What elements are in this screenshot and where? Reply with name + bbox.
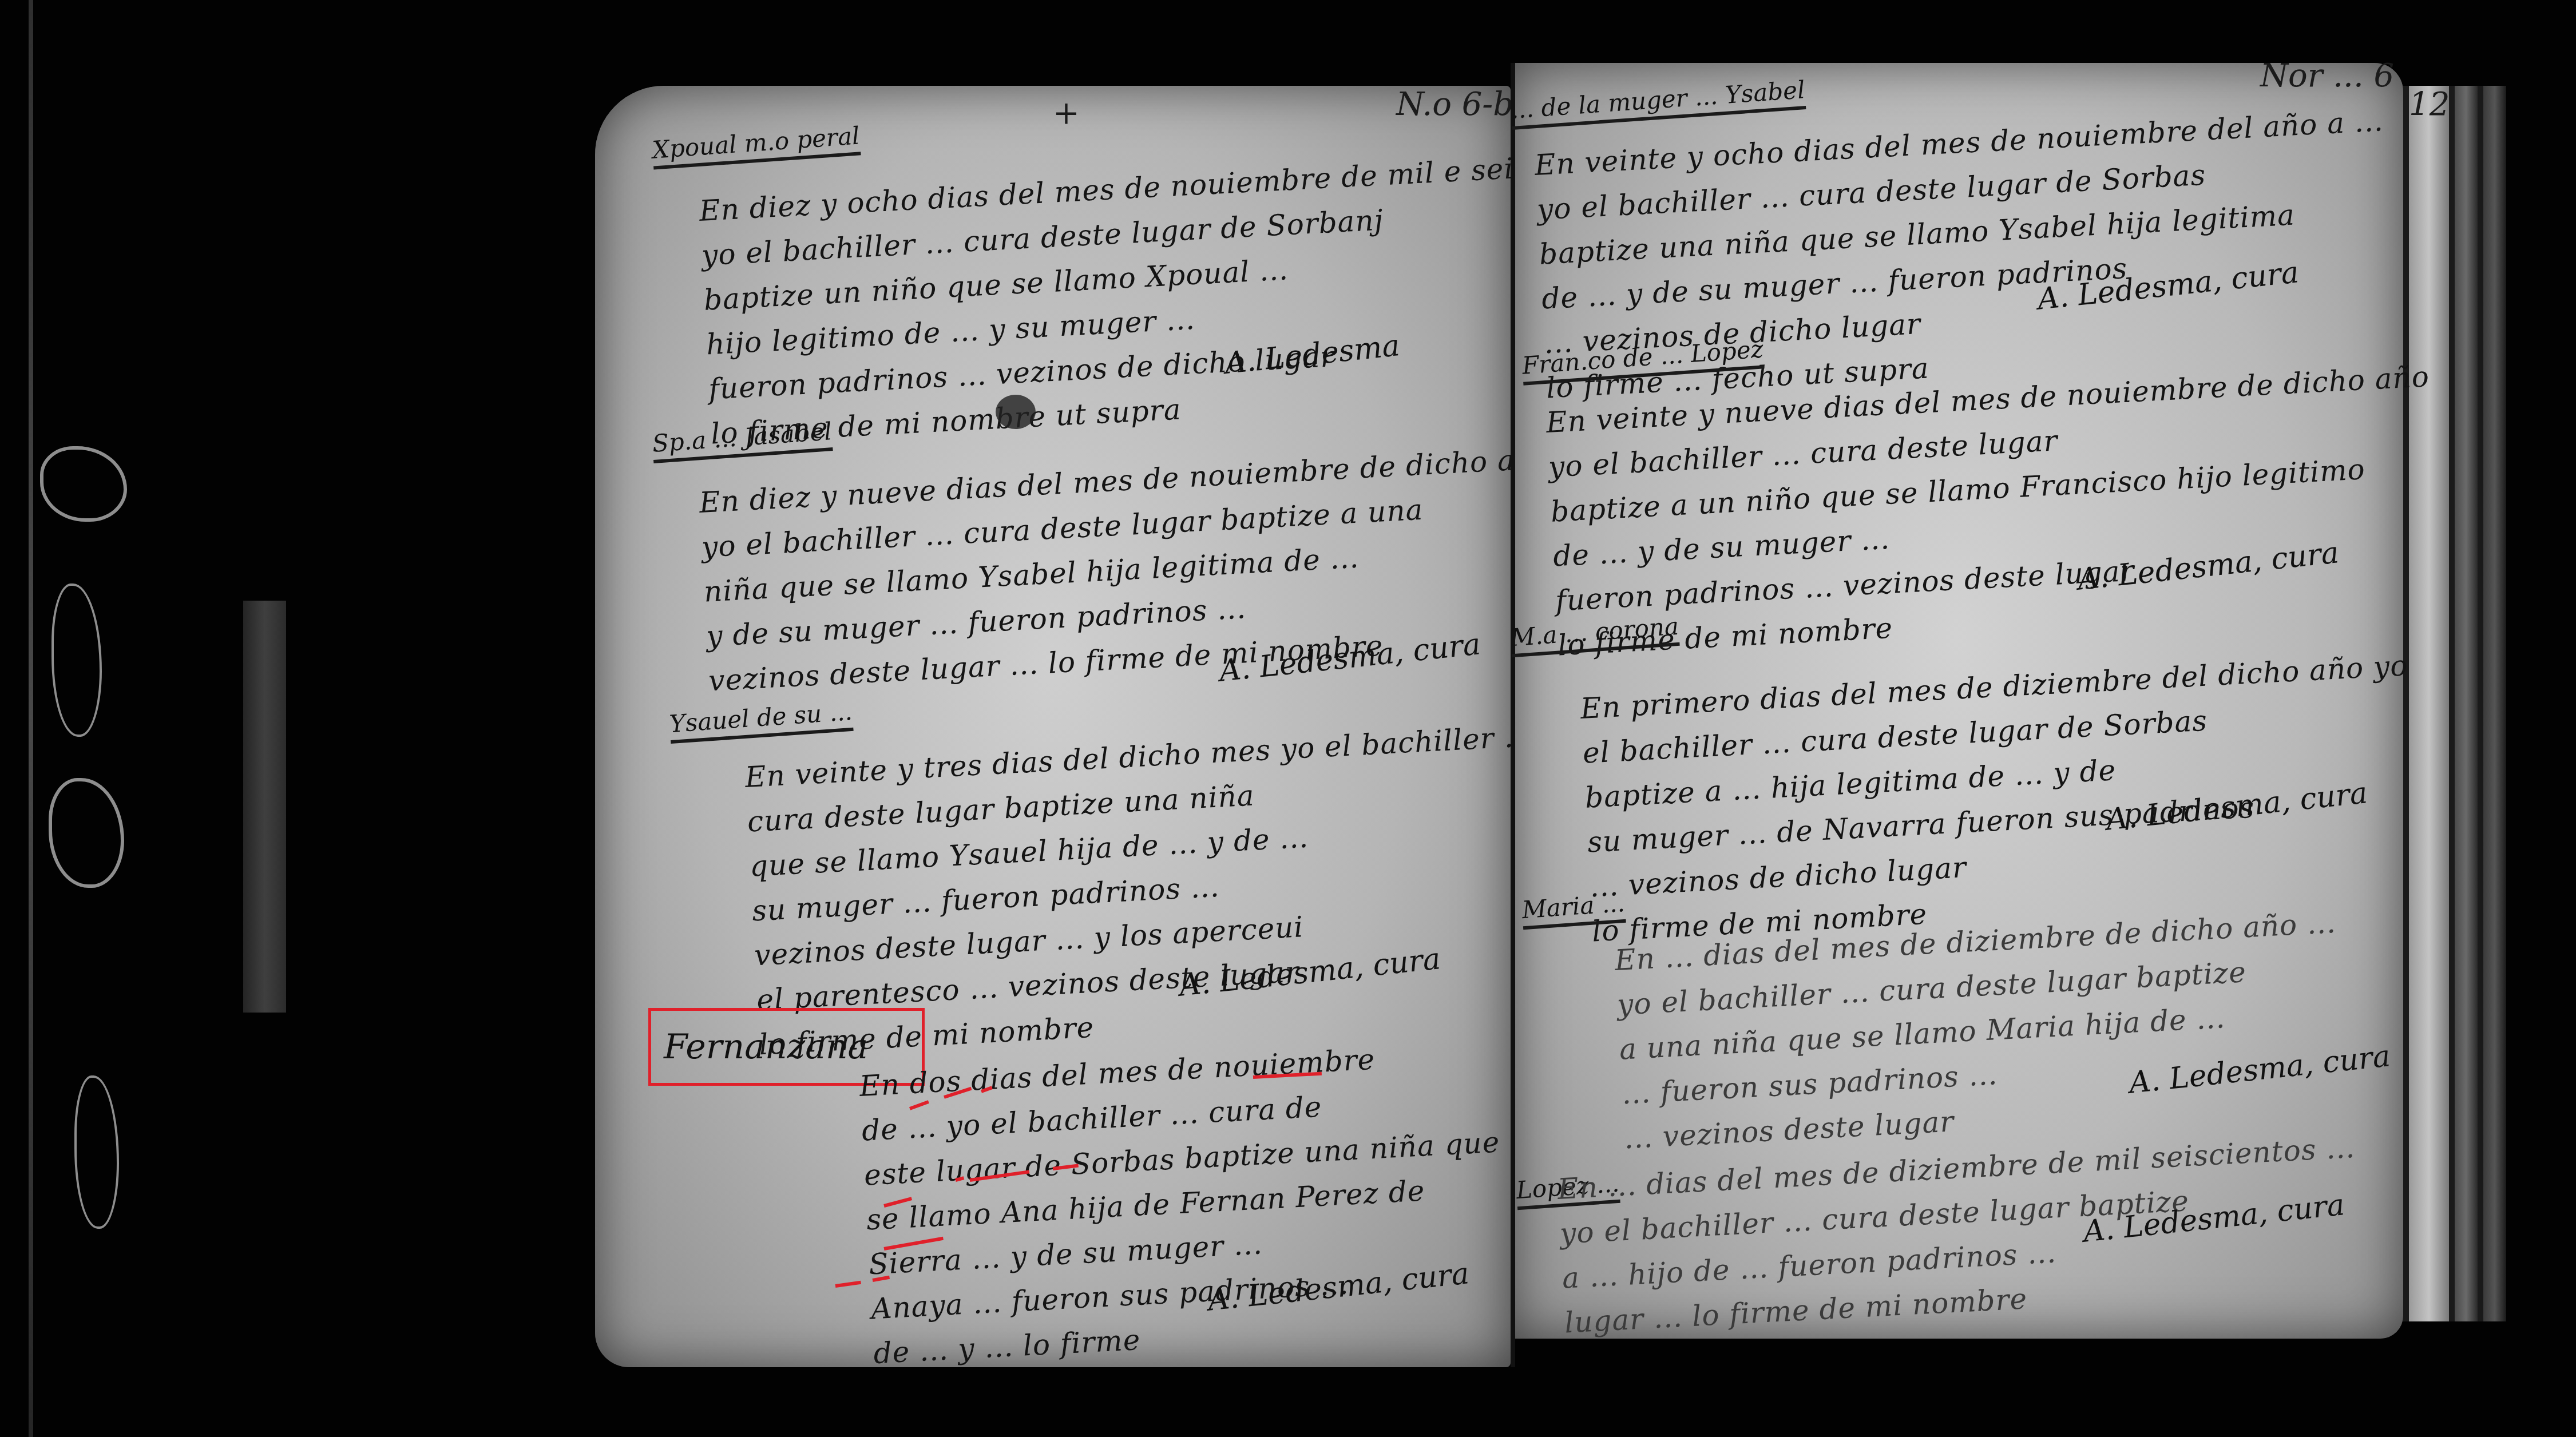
baptism-entry-highlighted: En dos dias del mes de nouiembre de ... … — [858, 1031, 1511, 1376]
margin-name: Maria ... — [1521, 889, 1626, 930]
page-stack-edge — [2478, 86, 2506, 1321]
margin-name-highlighted: Fernanzana — [664, 1027, 868, 1067]
book-gutter — [1511, 63, 1515, 1367]
binding-strip — [243, 601, 286, 1013]
baptism-entry: En veinte y nueve dias del mes de nouiem… — [1545, 354, 2442, 668]
page-stack-edge — [2449, 86, 2478, 1321]
baptism-entry: En ... dias del mes de diziembre de dich… — [1614, 900, 2347, 1161]
folio-mark: Nor ... 6 — [2260, 57, 2394, 94]
film-edge-line — [29, 0, 33, 1437]
folio-mark: N.o 6-b — [1396, 86, 1513, 123]
folio-mark: 12 — [2409, 86, 2450, 123]
page-stack-edge — [2403, 86, 2449, 1321]
ink-blot — [996, 395, 1036, 429]
folio-mark: + — [1053, 94, 1080, 132]
